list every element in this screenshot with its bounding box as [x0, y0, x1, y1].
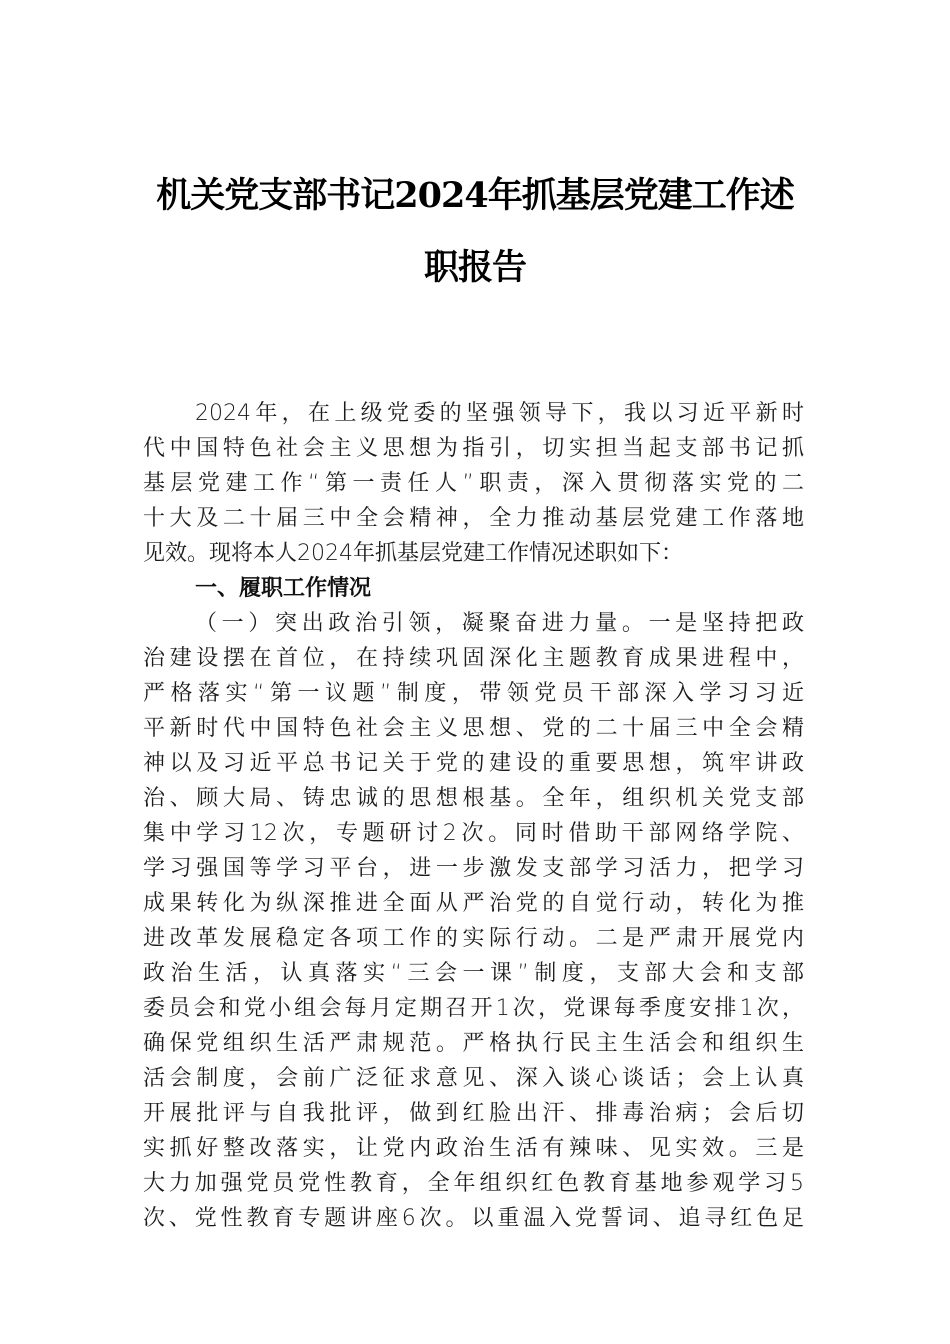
paragraph-line: 治建设摆在首位，在持续巩固深化主题教育成果进程中，	[143, 641, 804, 676]
paragraph-line: 集中学习12次，专题研讨2次。同时借助干部网络学院、	[143, 816, 804, 851]
subsection-lead: （一）突出政治引领，凝聚奋进力量。	[195, 611, 649, 636]
intro-line: 代中国特色社会主义思想为指引，切实担当起支部书记抓	[143, 431, 804, 466]
paragraph-line: 确保党组织生活严肃规范。严格执行民主生活会和组织生	[143, 1026, 804, 1061]
paragraph-line: 大力加强党员党性教育，全年组织红色教育基地参观学习5	[143, 1166, 804, 1201]
subsection-first-line: （一）突出政治引领，凝聚奋进力量。一是坚持把政	[143, 606, 804, 641]
paragraph-line: 学习强国等学习平台，进一步激发支部学习活力，把学习	[143, 851, 804, 886]
paragraph-line: 政治生活，认真落实“三会一课”制度，支部大会和支部	[143, 956, 804, 991]
paragraph-line: 委员会和党小组会每月定期召开1次，党课每季度安排1次，	[143, 991, 804, 1026]
section-heading: 一、履职工作情况	[143, 571, 804, 606]
paragraph-line: 实抓好整改落实，让党内政治生活有辣味、见实效。三是	[143, 1131, 804, 1166]
document-body: 2024年，在上级党委的坚强领导下，我以习近平新时 代中国特色社会主义思想为指引…	[143, 396, 804, 1236]
paragraph-line: 活会制度，会前广泛征求意见、深入谈心谈话；会上认真	[143, 1061, 804, 1096]
intro-line: 基层党建工作“第一责任人”职责，深入贯彻落实党的二	[143, 466, 804, 501]
intro-line: 2024年，在上级党委的坚强领导下，我以习近平新时	[143, 396, 804, 431]
paragraph-line: 平新时代中国特色社会主义思想、党的二十届三中全会精	[143, 711, 804, 746]
document-title-line-1: 机关党支部书记2024年抓基层党建工作述	[100, 168, 850, 218]
document-page: 机关党支部书记2024年抓基层党建工作述 职报告 2024年，在上级党委的坚强领…	[0, 0, 950, 1344]
paragraph-line: 治、顾大局、铸忠诚的思想根基。全年，组织机关党支部	[143, 781, 804, 816]
subsection-first-line-rest: 一是坚持把政	[649, 611, 804, 636]
paragraph-line: 次、党性教育专题讲座6次。以重温入党誓词、追寻红色足	[143, 1201, 804, 1236]
paragraph-line: 神以及习近平总书记关于党的建设的重要思想，筑牢讲政	[143, 746, 804, 781]
paragraph-line: 开展批评与自我批评，做到红脸出汗、排毒治病；会后切	[143, 1096, 804, 1131]
intro-line: 十大及二十届三中全会精神，全力推动基层党建工作落地	[143, 501, 804, 536]
document-title-line-2: 职报告	[100, 240, 850, 290]
intro-line: 见效。现将本人2024年抓基层党建工作情况述职如下：	[143, 536, 804, 571]
paragraph-line: 严格落实“第一议题”制度，带领党员干部深入学习习近	[143, 676, 804, 711]
paragraph-line: 进改革发展稳定各项工作的实际行动。二是严肃开展党内	[143, 921, 804, 956]
paragraph-line: 成果转化为纵深推进全面从严治党的自觉行动，转化为推	[143, 886, 804, 921]
